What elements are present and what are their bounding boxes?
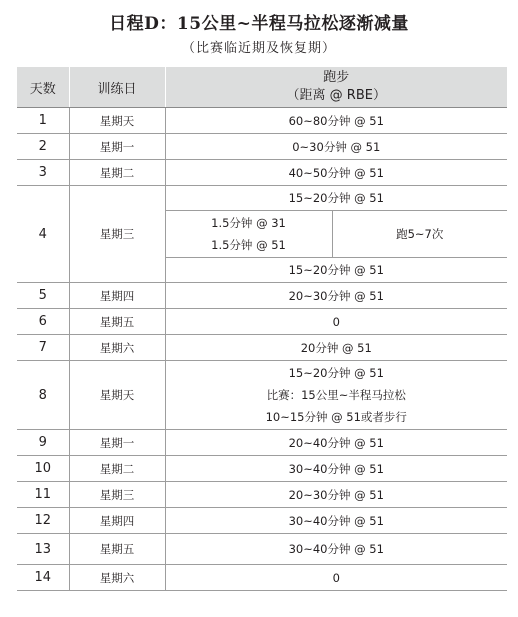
page-title: 日程D：15公里~半程马拉松逐渐减量 (0, 9, 518, 34)
cell-run-warmup: 15~20分钟 @ 51 (165, 186, 507, 211)
cell-day: 5 (17, 283, 69, 309)
header-run-unit: （距离 @ RBE） (166, 87, 508, 105)
cell-weekday: 星期三 (69, 482, 165, 508)
cell-run: 20分钟 @ 51 (165, 335, 507, 361)
table-header-row: 天数 训练日 跑步 （距离 @ RBE） (17, 67, 507, 108)
table-row: 4 星期三 15~20分钟 @ 51 (17, 186, 507, 211)
cell-run: 0 (165, 309, 507, 335)
header-day: 天数 (17, 67, 69, 108)
interval-line-2: 1.5分钟 @ 51 (166, 234, 332, 256)
cell-day: 8 (17, 361, 69, 430)
training-schedule-table: 天数 训练日 跑步 （距离 @ RBE） 1 星期天 60~80分钟 @ 51 … (17, 67, 507, 591)
cell-day: 7 (17, 335, 69, 361)
cell-weekday: 星期一 (69, 134, 165, 160)
table-row: 13 星期五 30~40分钟 @ 51 (17, 534, 507, 565)
header-run-title: 跑步 (166, 69, 508, 87)
cell-weekday: 星期五 (69, 309, 165, 335)
cell-day: 4 (17, 186, 69, 283)
cell-weekday: 星期天 (69, 108, 165, 134)
cell-weekday: 星期四 (69, 283, 165, 309)
cell-repeat: 跑5~7次 (332, 211, 507, 258)
race-warmup: 15~20分钟 @ 51 (166, 362, 508, 384)
cell-weekday: 星期五 (69, 534, 165, 565)
table-row: 6 星期五 0 (17, 309, 507, 335)
cell-run: 30~40分钟 @ 51 (165, 456, 507, 482)
cell-run-cooldown: 15~20分钟 @ 51 (165, 258, 507, 283)
header-weekday: 训练日 (69, 67, 165, 108)
cell-day: 3 (17, 160, 69, 186)
table-row: 2 星期一 0~30分钟 @ 51 (17, 134, 507, 160)
cell-run: 60~80分钟 @ 51 (165, 108, 507, 134)
cell-weekday: 星期六 (69, 565, 165, 591)
cell-weekday: 星期四 (69, 508, 165, 534)
cell-weekday: 星期二 (69, 160, 165, 186)
race-event: 比赛：15公里~半程马拉松 (166, 384, 508, 406)
cell-day: 14 (17, 565, 69, 591)
cell-intervals: 1.5分钟 @ 31 1.5分钟 @ 51 (165, 211, 332, 258)
cell-run: 30~40分钟 @ 51 (165, 508, 507, 534)
table-row: 9 星期一 20~40分钟 @ 51 (17, 430, 507, 456)
race-cooldown: 10~15分钟 @ 51或者步行 (166, 406, 508, 428)
table-row: 8 星期天 15~20分钟 @ 51 比赛：15公里~半程马拉松 10~15分钟… (17, 361, 507, 430)
table-row: 14 星期六 0 (17, 565, 507, 591)
cell-run: 0~30分钟 @ 51 (165, 134, 507, 160)
table-row: 3 星期二 40~50分钟 @ 51 (17, 160, 507, 186)
table-row: 10 星期二 30~40分钟 @ 51 (17, 456, 507, 482)
cell-run: 20~30分钟 @ 51 (165, 283, 507, 309)
cell-weekday: 星期天 (69, 361, 165, 430)
cell-day: 2 (17, 134, 69, 160)
cell-run: 0 (165, 565, 507, 591)
table-row: 11 星期三 20~30分钟 @ 51 (17, 482, 507, 508)
cell-weekday: 星期一 (69, 430, 165, 456)
cell-run: 30~40分钟 @ 51 (165, 534, 507, 565)
cell-day: 11 (17, 482, 69, 508)
cell-run: 20~40分钟 @ 51 (165, 430, 507, 456)
cell-day: 10 (17, 456, 69, 482)
header-run: 跑步 （距离 @ RBE） (165, 67, 507, 108)
interval-line-1: 1.5分钟 @ 31 (166, 212, 332, 234)
cell-run: 40~50分钟 @ 51 (165, 160, 507, 186)
cell-weekday: 星期三 (69, 186, 165, 283)
cell-weekday: 星期二 (69, 456, 165, 482)
cell-day: 9 (17, 430, 69, 456)
cell-day: 1 (17, 108, 69, 134)
table-row: 12 星期四 30~40分钟 @ 51 (17, 508, 507, 534)
cell-weekday: 星期六 (69, 335, 165, 361)
cell-run: 20~30分钟 @ 51 (165, 482, 507, 508)
page-subtitle: （比赛临近期及恢复期） (0, 37, 518, 56)
cell-day: 13 (17, 534, 69, 565)
table-row: 7 星期六 20分钟 @ 51 (17, 335, 507, 361)
cell-run-race-day: 15~20分钟 @ 51 比赛：15公里~半程马拉松 10~15分钟 @ 51或… (165, 361, 507, 430)
table-row: 5 星期四 20~30分钟 @ 51 (17, 283, 507, 309)
cell-day: 12 (17, 508, 69, 534)
table-row: 1 星期天 60~80分钟 @ 51 (17, 108, 507, 134)
cell-day: 6 (17, 309, 69, 335)
